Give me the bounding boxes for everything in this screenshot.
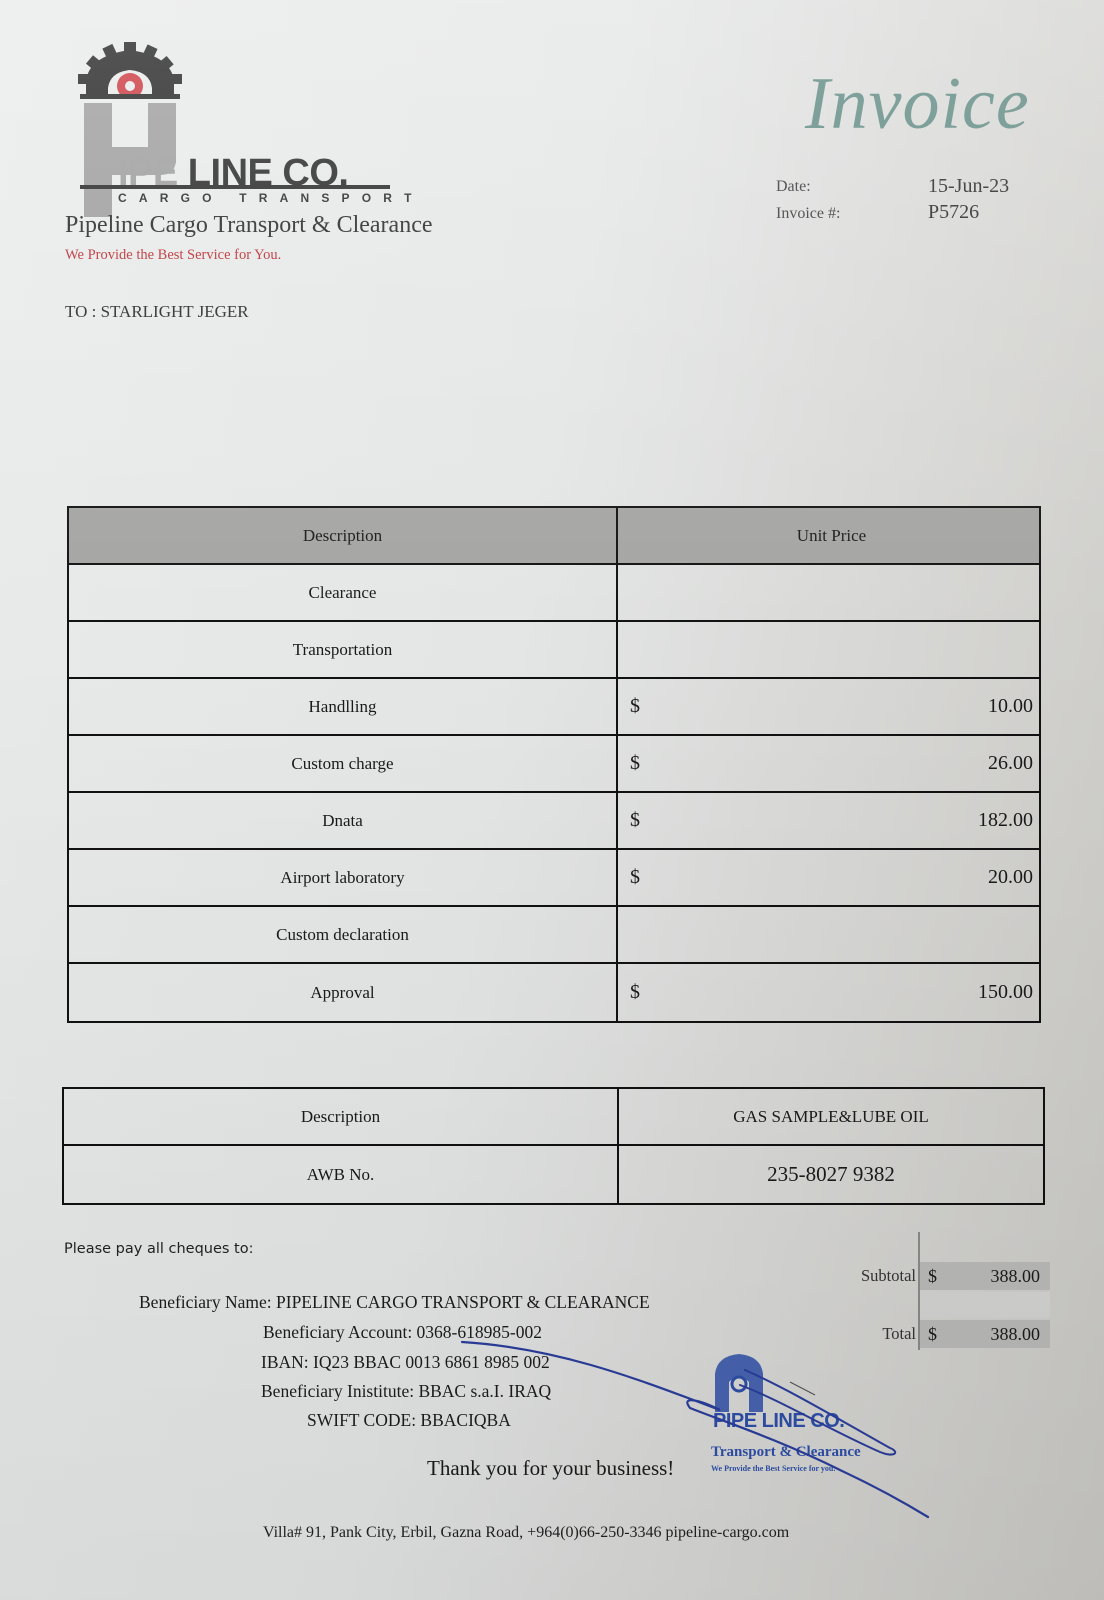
table-header-row: Description Unit Price	[69, 508, 1039, 565]
table-row: Handlling$10.00	[69, 679, 1039, 736]
company-tagline: We Provide the Best Service for You.	[65, 247, 281, 264]
table-row: Airport laboratory$20.00	[69, 850, 1039, 907]
currency-symbol: $	[630, 695, 640, 718]
invoice-page: IPE LINE CO. CARGO TRANSPORT Pipeline Ca…	[0, 0, 1104, 1600]
beneficiary-account: Beneficiary Account: 0368-618985-002	[263, 1322, 542, 1343]
totals-block: Subtotal $ 388.00 Total $ 388.00	[840, 1232, 1050, 1352]
company-address-footer: Villa# 91, Pank City, Erbil, Gazna Road,…	[263, 1524, 789, 1542]
charge-unit-price: $20.00	[618, 850, 1039, 905]
table-row: Custom declaration	[69, 907, 1039, 964]
table-row: Custom charge$26.00	[69, 736, 1039, 793]
iban: IBAN: IQ23 BBAC 0013 6861 8985 002	[261, 1352, 550, 1373]
subtotal-label: Subtotal	[861, 1266, 916, 1286]
subtotal-value: 388.00	[991, 1266, 1041, 1287]
stamp-tagline: We Provide the Best Service for you.	[711, 1464, 835, 1473]
charge-unit-price	[618, 565, 1039, 620]
awb-value: 235-8027 9382	[619, 1146, 1043, 1203]
logo-subtitle: CARGO TRANSPORT	[118, 191, 424, 205]
price-value: 10.00	[988, 695, 1033, 718]
beneficiary-name: Beneficiary Name: PIPELINE CARGO TRANSPO…	[139, 1292, 650, 1313]
total-row: $ 388.00	[920, 1320, 1050, 1348]
total-currency: $	[928, 1324, 937, 1345]
stamp-subtitle: Transport & Clearance	[711, 1444, 861, 1461]
charge-unit-price	[618, 907, 1039, 962]
table-row: Approval$150.00	[69, 964, 1039, 1021]
charge-description: Handlling	[69, 679, 618, 734]
charge-unit-price: $182.00	[618, 793, 1039, 848]
table-row: Clearance	[69, 565, 1039, 622]
charge-description: Custom charge	[69, 736, 618, 791]
invoice-title: Invoice	[805, 62, 1030, 147]
logo-underline	[80, 185, 390, 189]
charge-unit-price	[618, 622, 1039, 677]
price-value: 182.00	[978, 809, 1033, 832]
company-logo: IPE LINE CO. CARGO TRANSPORT	[78, 42, 408, 212]
charge-unit-price: $26.00	[618, 736, 1039, 791]
table-row: AWB No. 235-8027 9382	[64, 1146, 1043, 1203]
invoice-number-value: P5726	[928, 201, 979, 224]
price-value: 150.00	[978, 981, 1033, 1004]
date-label: Date:	[776, 178, 811, 196]
invoice-number-label: Invoice #:	[776, 205, 840, 223]
subtotal-row: $ 388.00	[920, 1262, 1050, 1290]
shipment-table: Description GAS SAMPLE&LUBE OIL AWB No. …	[62, 1087, 1045, 1205]
payment-intro: Please pay all cheques to:	[64, 1241, 254, 1257]
price-value: 20.00	[988, 866, 1033, 889]
date-value: 15-Jun-23	[928, 175, 1009, 198]
stamp-gear-icon	[711, 1352, 767, 1414]
gear-icon	[78, 42, 182, 102]
charge-description: Transportation	[69, 622, 618, 677]
charge-unit-price: $10.00	[618, 679, 1039, 734]
column-header-description: Description	[69, 508, 618, 563]
charges-table: Description Unit Price ClearanceTranspor…	[67, 506, 1041, 1023]
thank-you-message: Thank you for your business!	[427, 1456, 674, 1481]
total-value: 388.00	[991, 1324, 1041, 1345]
table-row: Dnata$182.00	[69, 793, 1039, 850]
currency-symbol: $	[630, 809, 640, 832]
charge-description: Approval	[69, 964, 618, 1021]
charge-description: Airport laboratory	[69, 850, 618, 905]
currency-symbol: $	[630, 752, 640, 775]
column-header-unit-price: Unit Price	[618, 508, 1039, 563]
price-value: 26.00	[988, 752, 1033, 775]
company-name: Pipeline Cargo Transport & Clearance	[65, 212, 433, 239]
charge-description: Clearance	[69, 565, 618, 620]
awb-label: AWB No.	[64, 1146, 619, 1203]
stamp-logo-text: PIPE LINE CO.	[713, 1410, 844, 1433]
shipment-description-value: GAS SAMPLE&LUBE OIL	[619, 1089, 1043, 1144]
currency-symbol: $	[630, 866, 640, 889]
table-row: Description GAS SAMPLE&LUBE OIL	[64, 1089, 1043, 1146]
charge-unit-price: $150.00	[618, 964, 1039, 1021]
charge-description: Dnata	[69, 793, 618, 848]
total-label: Total	[882, 1324, 916, 1344]
table-row: Transportation	[69, 622, 1039, 679]
totals-spacer	[920, 1292, 1050, 1318]
shipment-description-label: Description	[64, 1089, 619, 1144]
subtotal-currency: $	[928, 1266, 937, 1287]
recipient: TO : STARLIGHT JEGER	[65, 302, 249, 322]
swift-code: SWIFT CODE: BBACIQBA	[307, 1410, 511, 1431]
currency-symbol: $	[630, 981, 640, 1004]
beneficiary-institute: Beneficiary Inistitute: BBAC s.a.I. IRAQ	[261, 1381, 551, 1402]
charge-description: Custom declaration	[69, 907, 618, 962]
company-stamp: PIPE LINE CO. Transport & Clearance We P…	[705, 1352, 905, 1482]
